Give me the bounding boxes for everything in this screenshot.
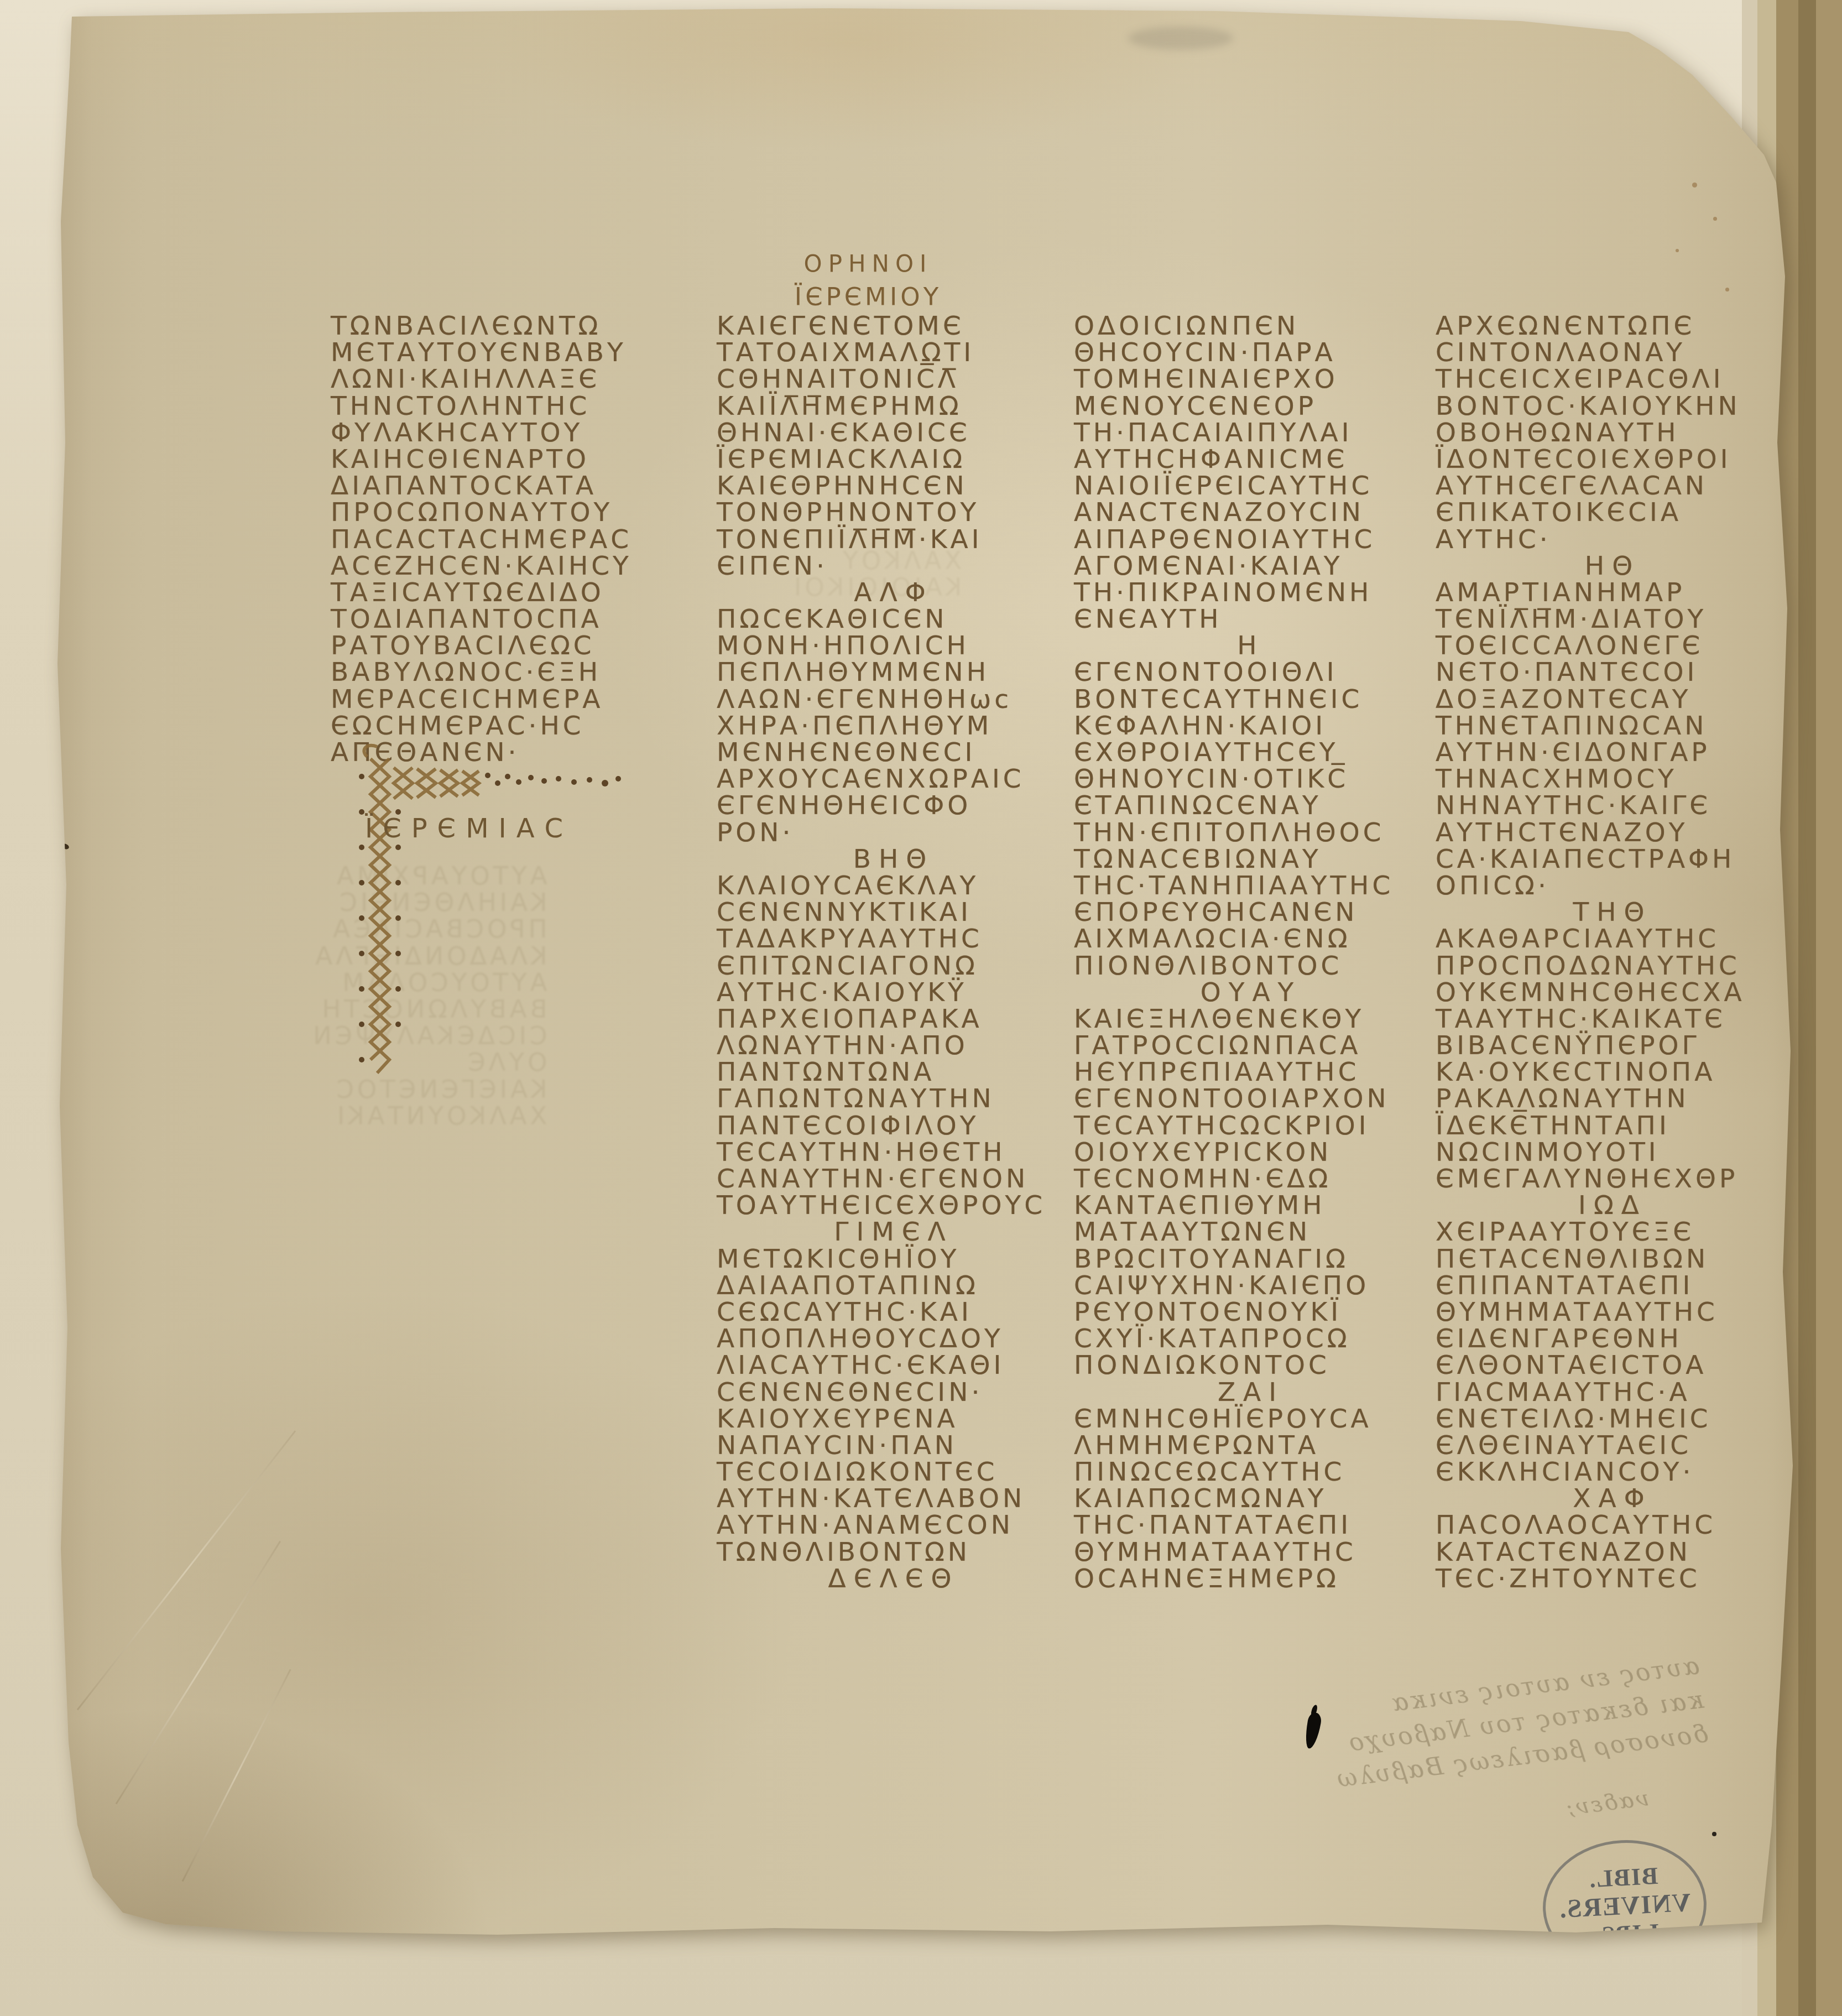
text-line: ΑΠΟΠΛΗΘΟΥСΔΟΥ: [717, 1326, 1071, 1352]
text-line: ΡЄΥΟΝΤΟЄΝΟΥΚΪ: [1074, 1299, 1428, 1326]
text-line: ΜЄΝΟΥСЄΝЄΟΡ: [1074, 393, 1428, 420]
section-label: ΗΘ: [1436, 553, 1789, 580]
parchment-surface: ΑΥΤΟΥΑΡΧΙΜΑΚΑΙΗΛΘЄΝЄΙСΠΡΟСΒΑСΙΛЄΑΚΛΑΔΟΝΔ…: [0, 0, 1842, 2016]
text-line: ΜΑΤΑΑΥΤΩΝЄΝ: [1074, 1219, 1428, 1246]
verso-handwritten-note: αυτος εν αυτοις ενικακαι δεκατος του Ναβ…: [1248, 1649, 1717, 1862]
text-line: ΑΓΟΜЄΝΑΙ·ΚΑΙΑΥ: [1074, 553, 1428, 580]
text-line: ЄΩСΗΜЄΡΑС·ΗС: [331, 713, 685, 739]
text-line: ΛΩΝΙ·ΚΑΙΗΛΛΑΞЄ: [331, 366, 685, 393]
text-line: ΠΑСΑСΤΑСΗΜЄΡΑС: [331, 527, 685, 553]
text-line: ΟΙΟΥΧЄΥΡΙСΚΟΝ: [1074, 1139, 1428, 1166]
text-line: ΘΥΜΗΜΑΤΑΑΥΤΗС: [1074, 1539, 1428, 1566]
text-line: ΑΥΤΗСΗΦΑΝΙСΜЄ: [1074, 446, 1428, 473]
section-label: ΒΗΘ: [717, 846, 1071, 873]
text-line: ΓΙΑСΜΑΑΥΤΗС·Α: [1436, 1379, 1789, 1406]
text-line: BIBL.: [1588, 1862, 1659, 1893]
text-line: ΑΥΤΗС·ΚΑΙΟΥΚΫ: [717, 980, 1071, 1006]
section-label: ΤΗΘ: [1436, 899, 1789, 926]
pencil-smudge: [1128, 27, 1233, 50]
text-line: СЄΩСΑΥΤΗС·ΚΑΙ: [717, 1299, 1071, 1326]
text-line: LIPS.: [1593, 1919, 1660, 1949]
text-line: ΔΙΑΠΑΝΤΟСΚΑΤΑ: [331, 473, 685, 499]
text-line: ΝΑΠΑΥСΙΝ·ΠΑΝ: [717, 1432, 1071, 1459]
text-line: ΠЄΠΛΗΘΥΜΜЄΝΗ: [717, 659, 1071, 686]
section-label: ΟΥΑΥ: [1074, 980, 1428, 1006]
text-line: ΤΗΝЄΤΑΠΙΝΩСΑΝ: [1436, 713, 1789, 739]
text-line: ΟΥΚЄΜΝΗСΘΗЄСΧΑ: [1436, 980, 1789, 1006]
text-line: ЄΚΚΛΗСΙΑΝСΟΥ·: [1436, 1459, 1789, 1486]
text-line: ΘΥΜΗΜΑΤΑΑΥΤΗС: [1436, 1299, 1789, 1326]
text-line: СΑ·ΚΑΙΑΠЄСΤΡΑΦΗ: [1436, 846, 1789, 873]
text-line: ΤЄСΟΙΔΙΩΚΟΝΤЄС: [717, 1459, 1071, 1486]
text-line: ЄΓЄΝΟΝΤΟΟΙΑΡΧΟΝ: [1074, 1086, 1428, 1112]
text-line: ΤΩΝΘΛΙΒΟΝΤΩΝ: [717, 1539, 1071, 1566]
text-line: ΤΑΑΥΤΗС·ΚΑΙΚΑΤЄ: [1436, 1006, 1789, 1033]
text-line: ΓΑΠΩΝΤΩΝΑΥΤΗΝ: [717, 1086, 1071, 1112]
text-line: ΝΩСΙΝΜΟΥΟΤΙ: [1436, 1139, 1789, 1166]
column-4-lamentations: ΑΡΧЄΩΝЄΝΤΩΠЄСΙΝΤΟΝΛΑΟΝΑΥΤΗСЄΙСΧЄΙΡΑСΘΛΙΒ…: [1436, 313, 1789, 1592]
text-line: ΪЄΡЄΜΙΑСΚΛΑΙΩ: [717, 446, 1071, 473]
text-line: ЄΜЄΓΑΛΥΝΘΗЄΧΘΡ: [1436, 1166, 1789, 1192]
text-line: СΑΙΨΥΧΗΝ·ΚΑΙЄΠΟ: [1074, 1273, 1428, 1299]
text-line: ΜЄΤΩΚΙСΘΗΪΟΥ: [717, 1246, 1071, 1273]
section-label: ΙΩΔ: [1436, 1192, 1789, 1219]
text-line: ΤЄС·ΖΗΤΟΥΝΤЄС: [1436, 1566, 1789, 1592]
manuscript-photograph: ΑΥΤΟΥΑΡΧΙΜΑΚΑΙΗΛΘЄΝЄΙСΠΡΟСΒΑСΙΛЄΑΚΛΑΔΟΝΔ…: [0, 0, 1842, 2016]
rust-freckle: [1713, 217, 1717, 221]
rust-freckle: [1692, 183, 1697, 187]
text-line: ЄΛΘЄΙΝΑΥΤΑЄΙС: [1436, 1432, 1789, 1459]
text-line: ΛΑΩΝ·ЄΓЄΝΗΘΗωс: [717, 686, 1071, 713]
section-label: ΖΑΙ: [1074, 1379, 1428, 1406]
text-line: ΚΑΙΪΛ̅Η̅ΜЄΡΗΜΩ: [717, 393, 1071, 420]
text-line: ΑСЄΖΗСЄΝ·ΚΑΙΗСΥ: [331, 553, 685, 580]
section-label: ΧΑΦ: [1436, 1486, 1789, 1512]
text-line: ΒΟΝΤЄСΑΥΤΗΝЄΙС: [1074, 686, 1428, 713]
text-line: ΝЄΤΟ·ΠΑΝΤЄСΟΙ: [1436, 659, 1789, 686]
text-line: ΒΑΒΥΛΩΝΟС·ЄΞΗ: [331, 659, 685, 686]
text-line: ЄΓЄΝΟΝΤΟΟΙΘΛΙ: [1074, 659, 1428, 686]
section-label: ΔЄΛЄΘ: [717, 1566, 1071, 1592]
text-line: ΠЄΤΑСЄΝΘΛΙΒΩΝ: [1436, 1246, 1789, 1273]
text-line: ЄΝЄΤЄΙΛΩ·ΜΗЄΙС: [1436, 1406, 1789, 1432]
running-title: ΟΡΗΝΟΙ ΪЄΡЄΜΙΟΥ: [708, 250, 1029, 311]
text-line: ЄΠΙΤΩΝСΙΑΓΟΝΩ: [717, 953, 1071, 980]
text-line: ΤΑΤΟΑΙΧΜΑΛΩΤΙ: [717, 340, 1071, 366]
column-3-lamentations: ΟΔΟΙСΙΩΝΠЄΝΘΗСΟΥСΙΝ·ΠΑΡΑΤΟΜΗЄΙΝΑΙЄΡΧΟΜЄΝ…: [1074, 313, 1428, 1592]
text-line: ΤΟЄΙССΑΛΟΝЄΓЄ: [1436, 633, 1789, 659]
text-line: ΠΑСΟΛΑΟСΑΥΤΗС: [1436, 1512, 1789, 1539]
text-line: ЄΛΘΟΝΤΑЄΙСΤΟΑ: [1436, 1352, 1789, 1379]
text-line: ΧЄΙΡΑΑΥΤΟΥЄΞЄ: [1436, 1219, 1789, 1246]
text-line: ΟΔΟΙСΙΩΝΠЄΝ: [1074, 313, 1428, 340]
text-line: ΤΟΔΙΑΠΑΝΤΟСΠΑ: [331, 606, 685, 633]
text-line: ΑΡΧΟΥСΑЄΝΧΩΡΑΙС: [717, 766, 1071, 793]
text-line: ΡΑΤΟΥΒΑСΙΛЄΩС: [331, 633, 685, 659]
text-line: ΟΒΟΗΘΩΝΑΥΤΗ: [1436, 420, 1789, 446]
parchment-crease: [77, 1430, 296, 1710]
text-line: ΔΟΞΑΖΟΝΤЄСΑΥ: [1436, 686, 1789, 713]
text-line: ΧΑΛΚΟΥΝΤΑΚΙ: [310, 1103, 547, 1129]
text-line: ΘΗΝΟΥСΙΝ·ΟΤΙΚС̅: [1074, 766, 1428, 793]
text-line: ΤΗΝΑСΧΗΜΟСΥ: [1436, 766, 1789, 793]
text-line: ΑΥΤΗΝ·ЄΙΔΟΝΓΑΡ: [1436, 739, 1789, 766]
text-line: ΓΑΤΡΟССΙΩΝΠΑСΑ: [1074, 1033, 1428, 1059]
text-line: ΜΟΝΗ·ΗΠΟΛΙСΗ: [717, 633, 1071, 659]
text-line: ΤΑΔΑΚΡΥΑΑΥΤΗС: [717, 926, 1071, 952]
text-line: ΠΑΡΧЄΙΟΠΑΡΑΚΑ: [717, 1006, 1071, 1033]
text-line: ΑΚΑΘΑΡСΙΑΑΥΤΗС: [1436, 926, 1789, 952]
text-line: ΤΟΜΗЄΙΝΑΙЄΡΧΟ: [1074, 366, 1428, 393]
text-line: ΛΩΝΑΥΤΗΝ·ΑΠΟ: [717, 1033, 1071, 1059]
text-line: ЄΓЄΝΗΘΗЄΙСΦΟ: [717, 793, 1071, 819]
text-line: ΠΙΟΝΘΛΙΒΟΝΤΟС: [1074, 953, 1428, 980]
text-line: ΠΡΟСΩΠΟΝΑΥΤΟΥ: [331, 499, 685, 526]
text-line: ΑΡΧЄΩΝЄΝΤΩΠЄ: [1436, 313, 1789, 340]
text-line: ΤΩΝΒΑСΙΛЄΩΝΤΩ: [331, 313, 685, 340]
dark-speck: [1607, 1945, 1610, 1948]
text-line: ΤЄΝΪΛ̅Η̅Μ·ΔΙΑΤΟΥ: [1436, 606, 1789, 633]
text-line: СΙΝΤΟΝΛΑΟΝΑΥ: [1436, 340, 1789, 366]
text-line: ΑΙΧΜΑΛΩСΙΑ·ЄΝΩ: [1074, 926, 1428, 952]
title-line-threnoi: ΟΡΗΝΟΙ: [708, 250, 1029, 277]
text-line: ΤΗ·ΠΙΚΡΑΙΝΟΜЄΝΗ: [1074, 580, 1428, 606]
text-line: ΤΟΝЄΠΙΪΛ̅Η̅Μ̅·ΚΑΙ: [717, 527, 1071, 553]
text-line: ΠΙΝΩСЄΩСΑΥΤΗС: [1074, 1459, 1428, 1486]
text-line: СЄΝЄΝΝΥΚΤΙΚΑΙ: [717, 899, 1071, 926]
book-subscription-jeremias: ΪЄΡЄΜΙΑС: [365, 813, 564, 844]
text-line: ΒΡΩСΙΤΟΥΑΝΑΓΙΩ: [1074, 1246, 1428, 1273]
dark-speck: [61, 843, 70, 851]
text-line: СΧΥΪ·ΚΑΤΑΠΡΟСΩ: [1074, 1326, 1428, 1352]
text-line: ΚΑΙЄΘΡΗΝΗСЄΝ: [717, 473, 1071, 499]
text-line: ΠΑΝΤΩΝΤΩΝΑ: [717, 1059, 1071, 1086]
text-line: ΜЄΝΗЄΝЄΘΝЄСΙ: [717, 739, 1071, 766]
text-line: ΠΩСЄΚΑΘΙСЄΝ: [717, 606, 1071, 633]
text-line: ΜЄΡΑСЄΙСΗΜЄΡΑ: [331, 686, 685, 713]
text-line: ΘΗСΟΥСΙΝ·ΠΑΡΑ: [1074, 340, 1428, 366]
text-line: ΑΥΤΗС·: [1436, 527, 1789, 553]
text-line: ΤΗС·ΠΑΝΤΑΤΑЄΠΙ: [1074, 1512, 1428, 1539]
text-line: ЄΠΟΡЄΥΘΗСΑΝЄΝ: [1074, 899, 1428, 926]
text-line: ЄΙΠЄΝ·: [717, 553, 1071, 580]
text-line: ΒΟΝΤΟС·ΚΑΙΟΥΚΗΝ: [1436, 393, 1789, 420]
text-line: ΟСΑΗΝЄΞΗΜЄΡΩ: [1074, 1566, 1428, 1592]
text-line: ΚЄΦΑΛΗΝ·ΚΑΙΟΙ: [1074, 713, 1428, 739]
text-line: ΠΟΝΔΙΩΚΟΝΤΟС: [1074, 1352, 1428, 1379]
text-line: ΑΥΤΗСЄΓЄΛΑСΑΝ: [1436, 473, 1789, 499]
text-line: ΑΥΤΗΝ·ΚΑΤЄΛΑΒΟΝ: [717, 1486, 1071, 1512]
text-line: ΡΑΚΑΛΩΝΑΥΤΗΝ: [1436, 1086, 1789, 1112]
text-line: ΤΗ·ΠΑСΑΙΑΙΠΥΛΑΙ: [1074, 420, 1428, 446]
section-label: Η: [1074, 633, 1428, 659]
text-line: ΚΑ·ΟΥΚЄСΤΙΝΟΠΑ: [1436, 1059, 1789, 1086]
text-line: ΘΗΝΑΙ·ЄΚΑΘΙСЄ: [717, 420, 1071, 446]
text-line: ΗЄΥΠΡЄΠΙΑΑΥΤΗС: [1074, 1059, 1428, 1086]
section-label: ΑΛΦ: [717, 580, 1071, 606]
text-line: ΤΗΝСΤΟΛΗΝΤΗС: [331, 393, 685, 420]
text-line: ΤΩΝΑСЄΒΙΩΝΑΥ: [1074, 846, 1428, 873]
text-line: ΑΙΠΑΡΘЄΝΟΙΑΥΤΗС: [1074, 527, 1428, 553]
text-line: ΤΟΝΘΡΗΝΟΝΤΟΥ: [717, 499, 1071, 526]
text-line: ЄΤΑΠΙΝΩСЄΝΑΥ: [1074, 793, 1428, 819]
rust-freckle: [1725, 288, 1729, 291]
text-line: ΑΝΑСΤЄΝΑΖΟΥСΙΝ: [1074, 499, 1428, 526]
text-line: ΑΥΤΗСΤЄΝΑΖΟΥ: [1436, 820, 1789, 846]
text-line: ΒΙΒΑСЄΝΫΠЄΡΟΓ: [1436, 1033, 1789, 1059]
section-label: ΓΙΜЄΛ: [717, 1219, 1071, 1246]
text-line: ΤΗС·ΤΑΝΗΠΙΑΑΥΤΗС: [1074, 873, 1428, 899]
text-line: ΤЄСΑΥΤΗСΩСΚΡΙΟΙ: [1074, 1113, 1428, 1139]
text-line: ΤΑΞΙСΑΥΤΩЄΔΙΔΟ: [331, 580, 685, 606]
text-line: ΝΗΝΑΥΤΗС·ΚΑΙΓЄ: [1436, 793, 1789, 819]
text-line: ΑΥΤΗΝ·ΑΝΑΜЄСΟΝ: [717, 1512, 1071, 1539]
text-line: ΚΑΙΑΠΩСΜΩΝΑΥ: [1074, 1486, 1428, 1512]
rust-freckle: [1676, 249, 1679, 252]
text-line: ΑΜΑΡΤΙΑΝΗΜΑΡ: [1436, 580, 1789, 606]
parchment-crease: [182, 1669, 291, 1882]
text-line: ΚΑΝΤΑЄΠΙΘΥΜΗ: [1074, 1192, 1428, 1219]
text-line: ΚΑΤΑСΤЄΝΑΖΟΝ: [1436, 1539, 1789, 1566]
text-line: ΟΠΙСΩ·: [1436, 873, 1789, 899]
text-line: ΚΑΙЄΓЄΝЄΤΟΜЄ: [717, 313, 1071, 340]
text-line: ΠΡΟСΠΟΔΩΝΑΥΤΗС: [1436, 953, 1789, 980]
text-line: ΚΑΙΗСΘΙЄΝΑΡΤΟ: [331, 446, 685, 473]
text-line: ΔΑΙΑΑΠΟΤΑΠΙΝΩ: [717, 1273, 1071, 1299]
text-line: ЄΧΘΡΟΙΑΥΤΗСЄΥ: [1074, 739, 1428, 766]
text-line: ΜЄΤΑΥΤΟΥЄΝΒΑΒΥ: [331, 340, 685, 366]
library-stamp-bibl-univers-lips: BIBL.VNIVERS.LIPS.: [1540, 1836, 1710, 1976]
text-line: ΡΟΝ·: [717, 820, 1071, 846]
text-line: ЄΠΙΠΑΝΤΑΤΑЄΠΙ: [1436, 1273, 1789, 1299]
text-line: ЄΝЄΑΥΤΗ: [1074, 606, 1428, 633]
text-line: VNIVERS.: [1558, 1888, 1692, 1924]
text-line: ΧΗΡΑ·ΠЄΠΛΗΘΥΜ: [717, 713, 1071, 739]
text-line: ЄΙΔЄΝΓΑΡЄΘΝΗ: [1436, 1326, 1789, 1352]
text-line: ΪΔΟΝΤЄСΟΙЄΧΘΡΟΙ: [1436, 446, 1789, 473]
text-line: ΤЄСΝΟΜΗΝ·ЄΔΩ: [1074, 1166, 1428, 1192]
text-line: ΚΛΑΙΟΥСΑЄΚΛΑΥ: [717, 873, 1071, 899]
text-line: СΑΝΑΥΤΗΝ·ЄΓЄΝΟΝ: [717, 1166, 1071, 1192]
text-line: ΤЄСΑΥΤΗΝ·ΗΘЄΤΗ: [717, 1139, 1071, 1166]
text-line: ΛΗΜΗΜЄΡΩΝΤΑ: [1074, 1432, 1428, 1459]
text-line: ЄΠΙΚΑΤΟΙΚЄСΙΑ: [1436, 499, 1789, 526]
text-line: ЄΜΝΗСΘΗΪЄΡΟΥСΑ: [1074, 1406, 1428, 1432]
column-1-end-of-jeremiah: ΤΩΝΒΑСΙΛЄΩΝΤΩΜЄΤΑΥΤΟΥЄΝΒΑΒΥΛΩΝΙ·ΚΑΙΗΛΛΑΞ…: [331, 313, 685, 766]
text-line: ΚΑΙЄΞΗΛΘЄΝЄΚΘΥ: [1074, 1006, 1428, 1033]
column-2-lamentations: ΚΑΙЄΓЄΝЄΤΟΜЄΤΑΤΟΑΙΧΜΑΛΩΤΙСΘΗΝΑΙΤΟΝΙС̅Λ̅Κ…: [717, 313, 1071, 1592]
text-line: СΘΗΝΑΙΤΟΝΙС̅Λ̅: [717, 366, 1071, 393]
text-line: ΦΥΛΑΚΗСΑΥΤΟΥ: [331, 420, 685, 446]
text-line: ΤΟΑΥΤΗЄΙСЄΧΘΡΟΥС: [717, 1192, 1071, 1219]
coronis-ornament: [355, 737, 654, 1091]
parchment-leaf: ΑΥΤΟΥΑΡΧΙΜΑΚΑΙΗΛΘЄΝЄΙСΠΡΟСΒΑСΙΛЄΑΚΛΑΔΟΝΔ…: [0, 0, 1842, 2016]
text-line: ΠΑΝΤЄСΟΙΦΙΛΟΥ: [717, 1113, 1071, 1139]
dark-speck: [1798, 15, 1802, 19]
text-line: ΪΔЄΚЄ̅ΤΗΝΤΑΠΙ: [1436, 1113, 1789, 1139]
text-line: ΝΑΙΟΙΪЄΡЄΙСΑΥΤΗС: [1074, 473, 1428, 499]
text-line: ΤΗСЄΙСΧЄΙΡΑСΘΛΙ: [1436, 366, 1789, 393]
text-line: ΤΗΝ·ЄΠΙΤΟΠΛΗΘΟС: [1074, 820, 1428, 846]
text-line: СЄΝЄΝЄΘΝЄСΙΝ·: [717, 1379, 1071, 1406]
text-line: ΛΙΑСΑΥΤΗС·ЄΚΑΘΙ: [717, 1352, 1071, 1379]
text-line: ΚΑΙΟΥΧЄΥΡЄΝΑ: [717, 1406, 1071, 1432]
title-line-ieremiou: ΪЄΡЄΜΙΟΥ: [708, 282, 1029, 311]
parchment-crease: [116, 1541, 281, 1804]
dark-speck: [1712, 1832, 1716, 1836]
